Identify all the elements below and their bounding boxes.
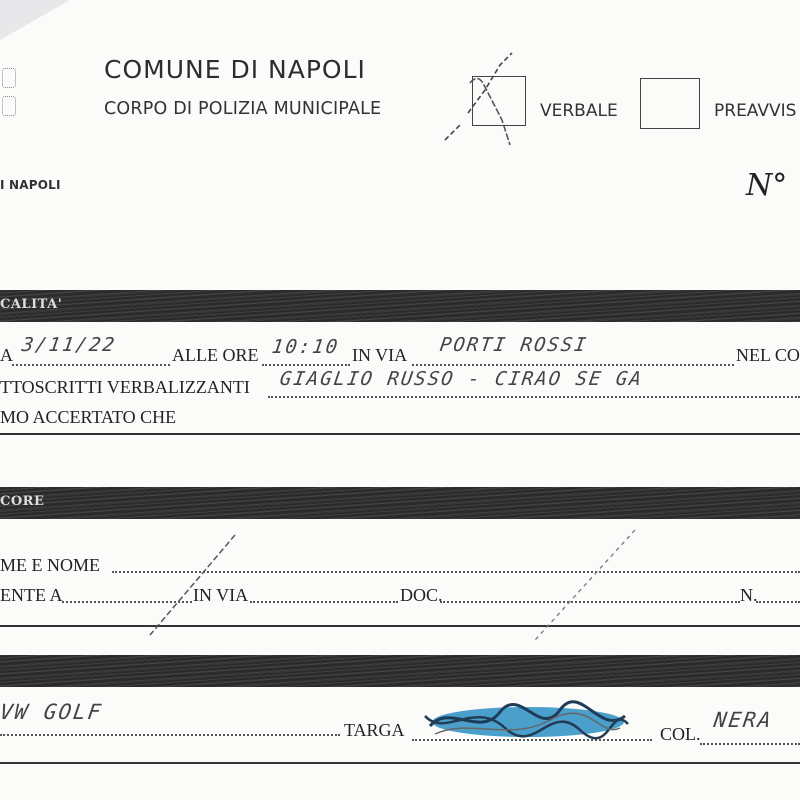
section-label-localita: CALITA' [0,297,62,312]
doc-number-label: N. [740,585,758,606]
verbale-label: VERBALE [540,101,618,121]
date-label: A [0,345,13,366]
handwritten-check-mark-icon [440,45,550,155]
via-field[interactable]: PORTI ROSSI [438,334,589,356]
section-label-trasgressore: CORE [0,494,44,509]
strike-through-lines [140,530,640,640]
time-field[interactable]: 10:10 [270,336,340,358]
verbalizzanti-field[interactable]: GIAGLIO RUSSO - CIRAO SE GA [278,368,644,390]
date-field-line [12,364,170,366]
residente-label: ENTE A [0,585,63,606]
verbalizzanti-label: TTOSCRITTI VERBALIZZANTI [0,377,250,398]
accertato-label: MO ACCERTATO CHE [0,407,176,428]
document-number-label: N° [746,168,787,203]
brand-small-label: I NAPOLI [0,178,61,192]
time-label: ALLE ORE [172,345,258,366]
page-title: COMUNE DI NAPOLI [104,55,366,84]
divider [0,433,800,435]
vehicle-model-field[interactable]: VW GOLF [0,700,104,724]
colore-label: COL. [660,724,701,745]
vehicle-model-field-line [0,734,340,736]
section-band-localita: CALITA' [0,290,800,322]
date-field[interactable]: 3/11/22 [20,334,117,356]
preavviso-checkbox[interactable] [640,78,700,129]
nel-comune-label: NEL CO [736,345,800,366]
cognome-nome-label: ME E NOME [0,555,100,576]
colore-field-line [700,743,800,745]
section-band-veicolo [0,655,800,687]
paper-fold [0,0,70,40]
city-crest-icon [0,60,18,150]
verbalizzanti-field-line [268,396,800,398]
divider [0,762,800,764]
targa-label: TARGA [344,720,405,741]
doc-number-field[interactable] [756,601,800,603]
colore-field[interactable]: NERA [712,708,774,732]
section-band-trasgressore: CORE [0,487,800,519]
time-field-line [262,364,350,366]
via-field-line [412,364,734,366]
via-label: IN VIA [352,345,407,366]
page-subtitle: CORPO DI POLIZIA MUNICIPALE [104,99,381,119]
preavviso-label: PREAVVIS [714,101,796,121]
